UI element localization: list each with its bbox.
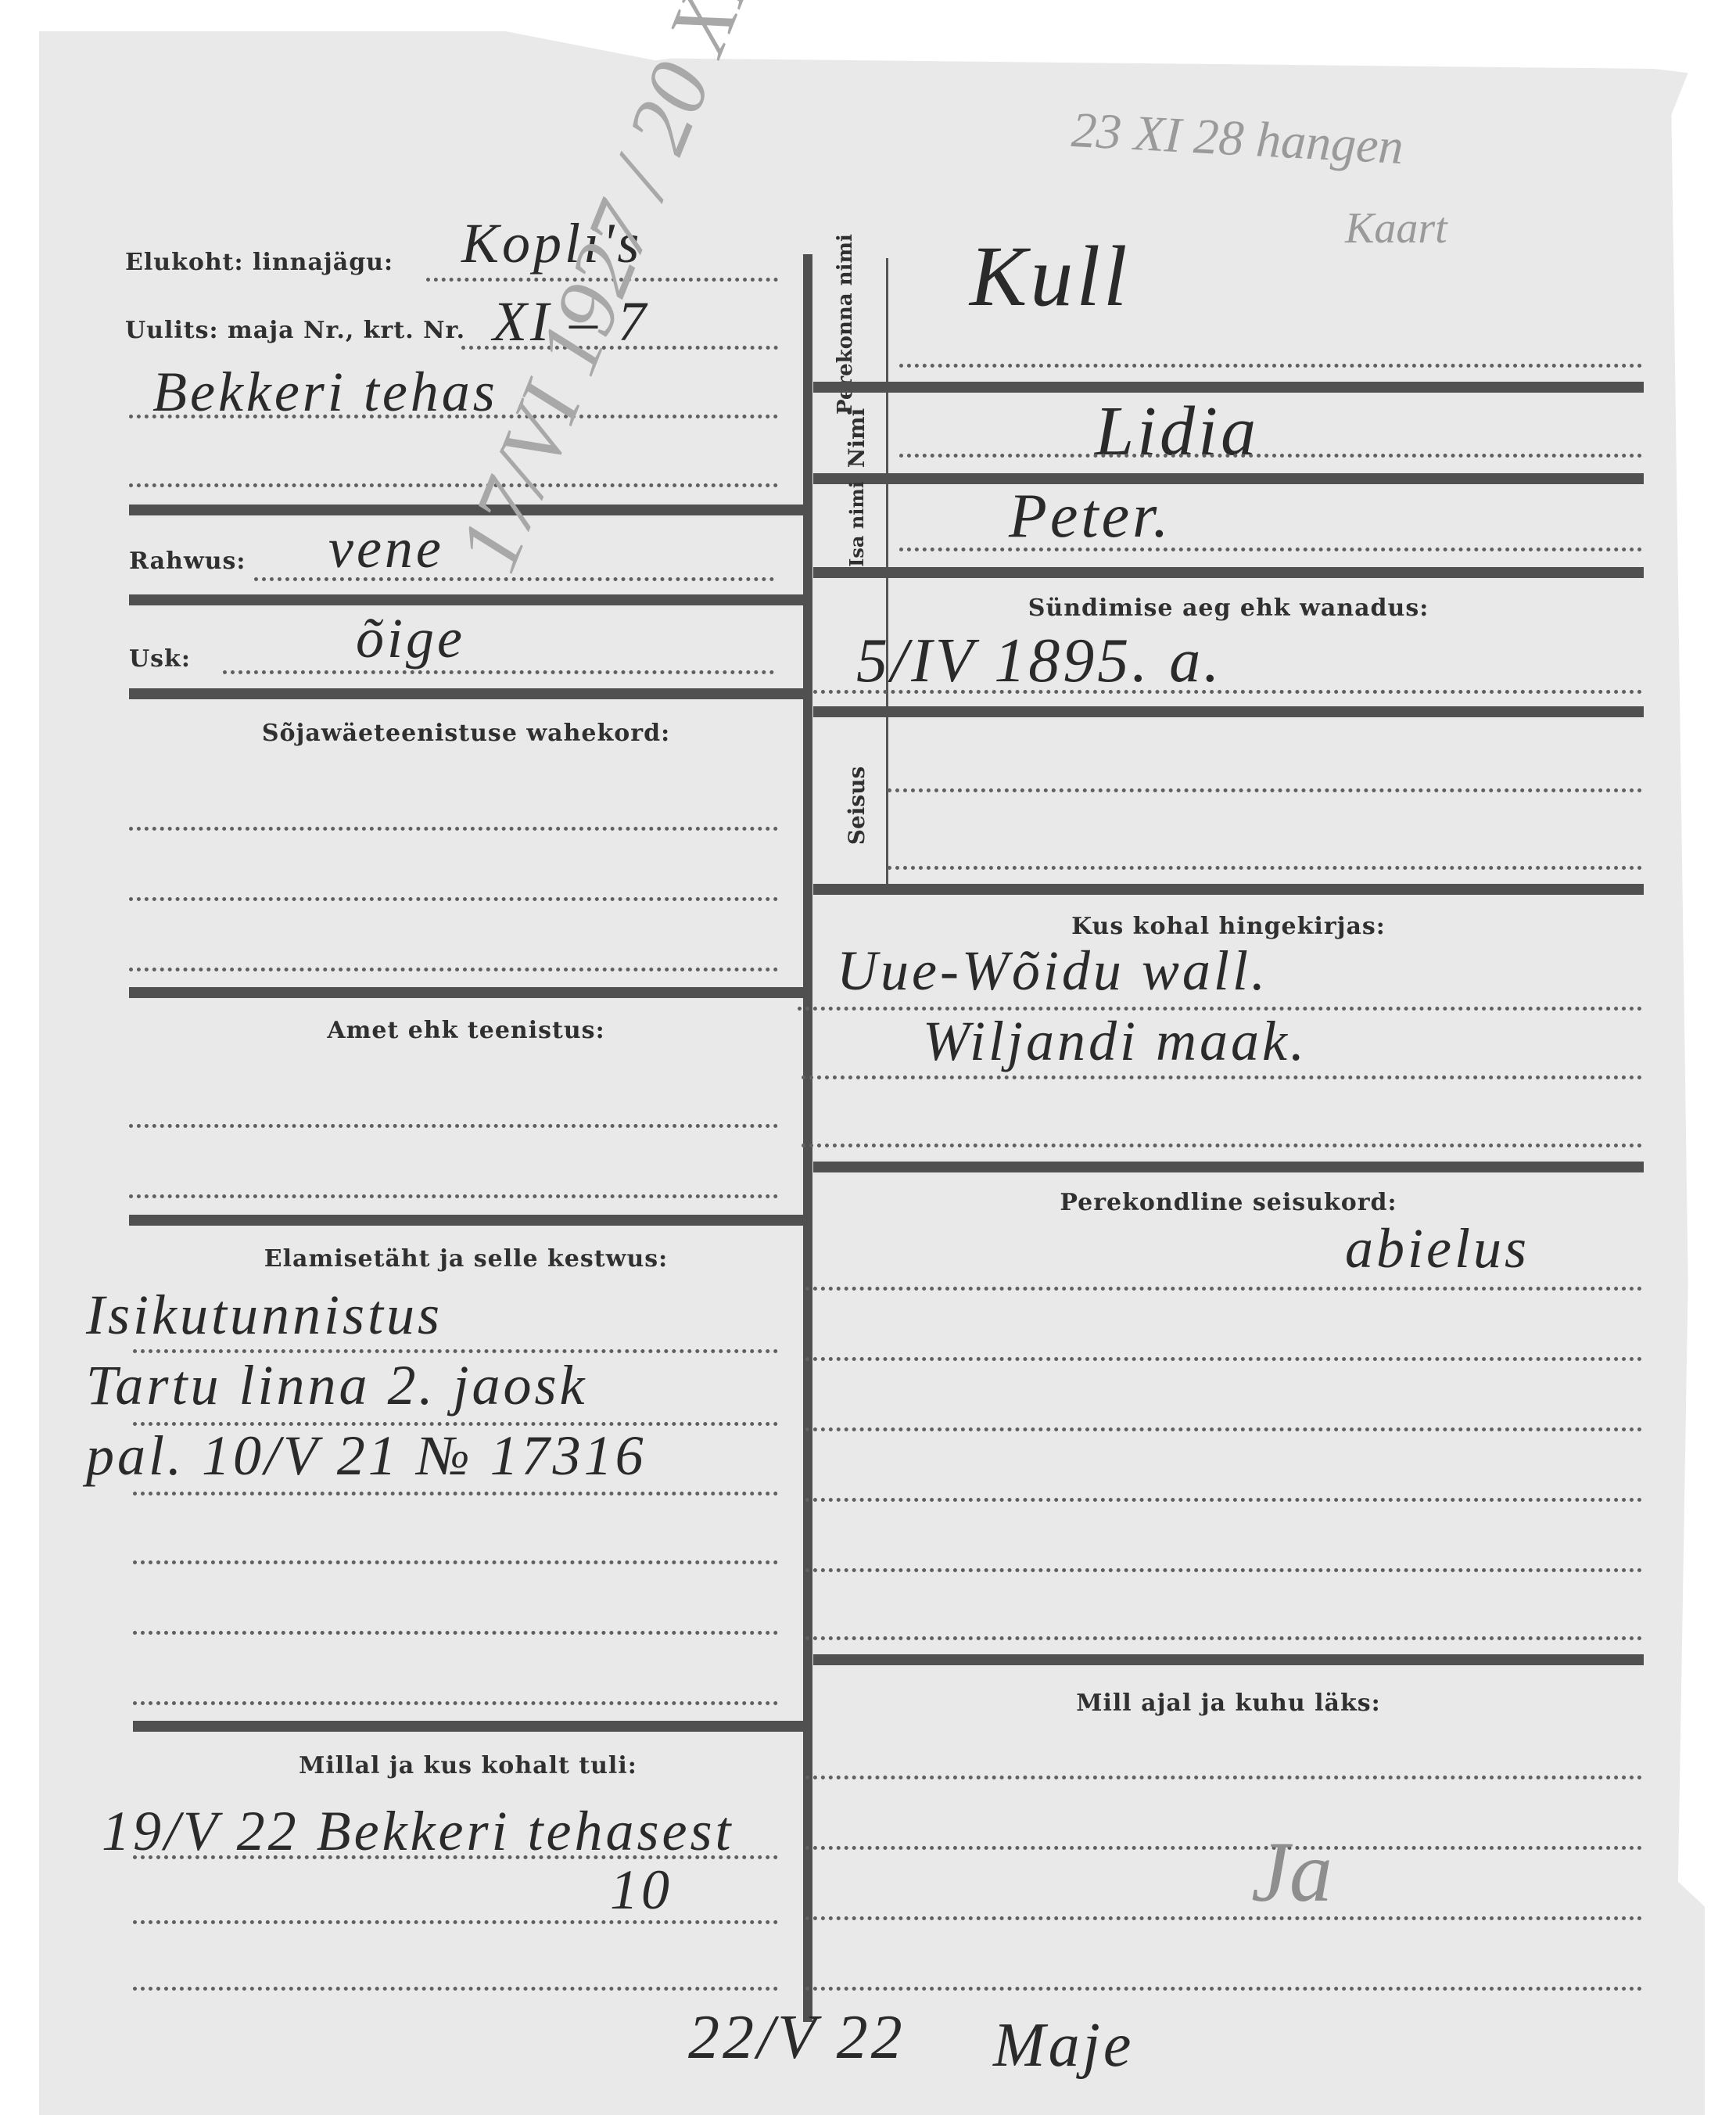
religion-label: Usk: xyxy=(129,645,191,673)
first-name-value: Lidia xyxy=(1095,391,1259,472)
first-name-label: Nimi xyxy=(845,399,876,477)
bottom-date: 22/V 22 xyxy=(688,2002,906,2074)
arrival-dotline-1 xyxy=(133,1855,778,1859)
arrival-dotline-2 xyxy=(133,1920,778,1924)
birth-label: Sündimise aeg ehk wanadus: xyxy=(813,594,1644,622)
residence-permit-label: Elamisetäht ja selle kestwus: xyxy=(129,1245,803,1273)
arrival-dotline-3 xyxy=(133,1987,778,1991)
marital-dotline-3 xyxy=(805,1427,1642,1431)
pencil-note-top-line-2: Kaart xyxy=(1345,203,1447,253)
surname-line xyxy=(899,364,1642,368)
section-rule xyxy=(813,1654,1644,1665)
section-rule xyxy=(129,987,803,998)
status-line-1 xyxy=(888,788,1642,792)
departure-dotline-2 xyxy=(805,1846,1642,1850)
departure-label: Mill ajal ja kuhu läks: xyxy=(813,1689,1644,1717)
occupation-label: Amet ehk teenistus: xyxy=(129,1017,803,1044)
occupation-line-2 xyxy=(129,1194,778,1198)
nationality-value: vene xyxy=(328,516,444,581)
father-name-label: Isa nimi xyxy=(845,477,876,571)
parish-dotline-2 xyxy=(802,1075,1642,1079)
birth-line xyxy=(813,690,1642,694)
street-label: Uulits: maja Nr., krt. Nr. xyxy=(125,317,465,344)
permit-line-2: Tartu linna 2. jaosk xyxy=(86,1353,587,1418)
military-service-label: Sõjawäeteenistuse wahekord: xyxy=(129,720,803,747)
section-rule xyxy=(133,1721,803,1732)
pencil-signature-right: Ja xyxy=(1251,1822,1332,1922)
departure-dotline-1 xyxy=(805,1776,1642,1779)
section-rule xyxy=(813,1162,1644,1172)
military-line-2 xyxy=(129,897,778,901)
arrival-label: Millal ja kus kohalt tuli: xyxy=(133,1752,803,1779)
status-line-2 xyxy=(888,866,1642,870)
marital-status-value: abielus xyxy=(1345,1216,1530,1281)
center-divider xyxy=(803,254,812,2022)
nationality-label: Rahwus: xyxy=(129,548,246,575)
first-name-line xyxy=(899,454,1642,458)
permit-line-1: Isikutunnistus xyxy=(86,1283,443,1348)
permit-dotline-3 xyxy=(133,1492,778,1496)
street-line-2 xyxy=(129,415,778,418)
birth-value: 5/IV 1895. a. xyxy=(856,626,1222,697)
city-district-label: Elukoht: linnajägu: xyxy=(125,249,393,276)
military-line-1 xyxy=(129,827,778,831)
arrival-line-2: 10 xyxy=(610,1858,673,1923)
section-rule xyxy=(813,473,1644,484)
bottom-signature: Maje xyxy=(993,2010,1134,2081)
surname-value: Kull xyxy=(970,227,1131,326)
father-name-line xyxy=(899,548,1642,551)
permit-dotline-6 xyxy=(133,1701,778,1705)
permit-line-3: pal. 10/V 21 № 17316 xyxy=(86,1424,647,1488)
permit-dotline-4 xyxy=(133,1560,778,1564)
section-rule xyxy=(129,688,803,699)
status-label: Seisus xyxy=(845,759,876,853)
section-rule xyxy=(813,706,1644,717)
occupation-line-1 xyxy=(129,1124,778,1128)
parish-line-2: Wiljandi maak. xyxy=(923,1009,1307,1074)
military-line-3 xyxy=(129,968,778,971)
departure-dotline-4 xyxy=(805,1987,1642,1991)
marital-dotline-1 xyxy=(805,1287,1642,1291)
departure-dotline-3 xyxy=(805,1916,1642,1920)
parish-register-label: Kus kohal hingekirjas: xyxy=(813,913,1644,940)
section-rule xyxy=(813,884,1644,895)
father-name-value: Peter. xyxy=(1009,481,1171,552)
permit-dotline-5 xyxy=(133,1631,778,1635)
religion-line xyxy=(223,670,774,674)
religion-value: õige xyxy=(356,606,465,671)
marital-dotline-5 xyxy=(805,1568,1642,1572)
arrival-line-1: 19/V 22 Bekkeri tehasest xyxy=(102,1799,733,1864)
section-rule xyxy=(129,594,803,605)
parish-dotline-3 xyxy=(802,1144,1642,1147)
parish-line-1: Uue-Wõidu wall. xyxy=(837,939,1268,1004)
section-rule xyxy=(129,1215,803,1226)
marital-dotline-2 xyxy=(805,1357,1642,1361)
marital-status-label: Perekondline seisukord: xyxy=(813,1189,1644,1216)
street-line-3 xyxy=(129,483,778,487)
marital-dotline-6 xyxy=(805,1636,1642,1640)
section-rule xyxy=(813,567,1644,578)
marital-dotline-4 xyxy=(805,1498,1642,1502)
